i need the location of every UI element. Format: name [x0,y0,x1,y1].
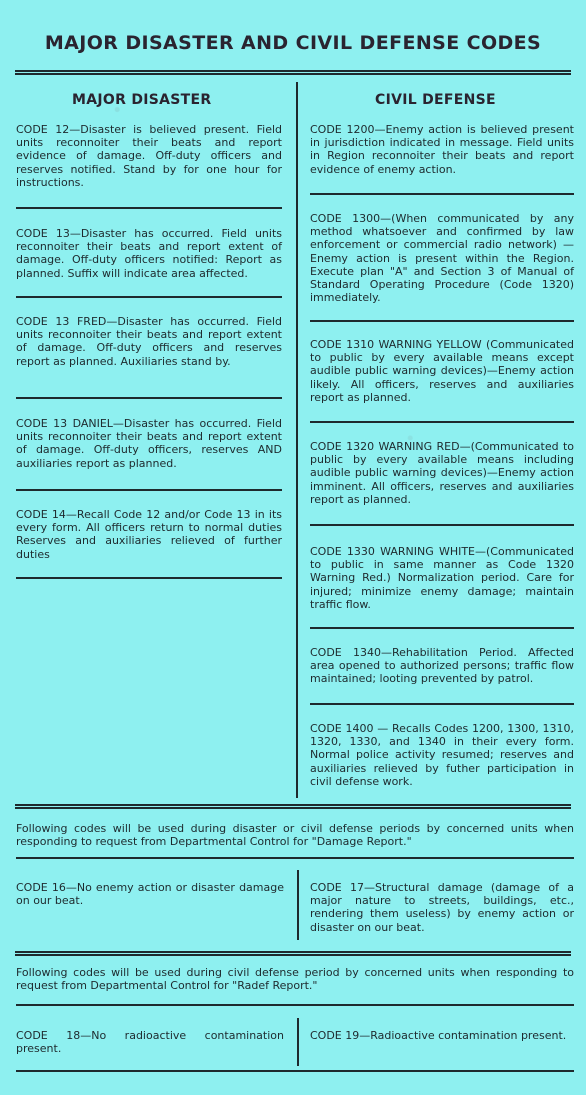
radef-report-intro: Following codes will be used during civi… [16,966,574,992]
code-19-entry: CODE 19—Radioactive contamination presen… [310,1029,574,1042]
divider [16,857,574,859]
divider [310,627,574,629]
code-13-fred-entry: CODE 13 FRED—Disaster has occurred. Fiel… [16,315,282,368]
title-divider [15,70,571,75]
code-1300-entry: CODE 1300—(When communicated by any meth… [310,212,574,304]
code-1320-entry: CODE 1320 WARNING RED—(Communicated to p… [310,440,574,506]
divider [16,207,282,209]
divider [16,489,282,491]
code-1310-entry: CODE 1310 WARNING YELLOW (Communicated t… [310,338,574,404]
column-divider [296,82,298,798]
code-17-entry: CODE 17—Structural damage (damage of a m… [310,881,574,934]
code-18-entry: CODE 18—No radioactive contamination pre… [16,1029,284,1055]
civil-defense-heading: CIVIL DEFENSE [375,92,496,108]
code-1330-entry: CODE 1330 WARNING WHITE—(Communicated to… [310,545,574,611]
divider [16,577,282,579]
code-1200-entry: CODE 1200—Enemy action is believed prese… [310,123,574,176]
divider [16,397,282,399]
column-divider [297,1018,299,1066]
page-title: MAJOR DISASTER AND CIVIL DEFENSE CODES [0,32,586,54]
code-13-daniel-entry: CODE 13 DANIEL—Disaster has occurred. Fi… [16,417,282,470]
section-divider [15,804,571,809]
code-16-entry: CODE 16—No enemy action or disaster dama… [16,881,284,907]
document-page: MAJOR DISASTER AND CIVIL DEFENSE CODES M… [0,0,586,1095]
major-disaster-heading: MAJOR DISASTER [72,92,211,108]
code-12-entry: CODE 12—Disaster is believed present. Fi… [16,123,282,189]
divider [310,193,574,195]
divider [310,703,574,705]
divider [16,296,282,298]
column-divider [297,870,299,940]
code-1340-entry: CODE 1340—Rehabilitation Period. Affecte… [310,646,574,686]
divider [16,1004,574,1006]
section-divider [15,951,571,956]
divider [310,421,574,423]
divider [16,1070,574,1072]
code-13-entry: CODE 13—Disaster has occurred. Field uni… [16,227,282,280]
damage-report-intro: Following codes will be used during disa… [16,822,574,848]
divider [310,524,574,526]
divider [310,320,574,322]
code-14-entry: CODE 14—Recall Code 12 and/or Code 13 in… [16,508,282,561]
code-1400-entry: CODE 1400 — Recalls Codes 1200, 1300, 13… [310,722,574,788]
